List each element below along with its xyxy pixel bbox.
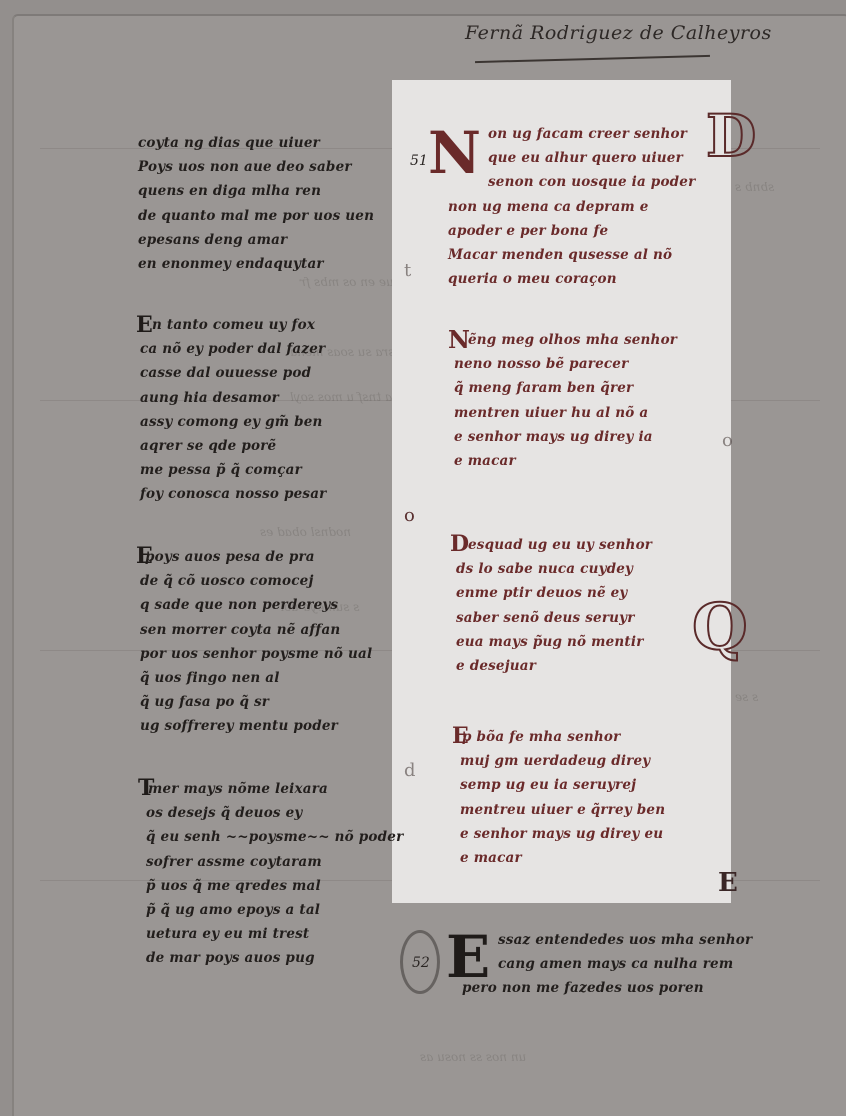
right-stanza-4: p bõa fe mha senhor muj gm uerdadeug dir… bbox=[462, 725, 665, 870]
verse-line: e senhor mays ug direy ia bbox=[454, 425, 677, 449]
verse-line: muj gm uerdadeug direy bbox=[460, 749, 665, 773]
poem-number: 51 bbox=[410, 153, 428, 169]
verse-line: epesans deng amar bbox=[138, 228, 374, 252]
verse-line: eua mays p̃ug nõ mentir bbox=[456, 630, 652, 654]
verse-line: mentren uiuer hu al nõ a bbox=[454, 401, 677, 425]
verse-line: de quanto mal me por uos uen bbox=[138, 204, 374, 228]
decorated-initial: N bbox=[428, 124, 481, 182]
verse-line: queria o meu coraçon bbox=[448, 267, 695, 291]
verse-line: poys auos pesa de pra bbox=[145, 545, 372, 569]
verse-line: n tanto comeu uy fox bbox=[152, 313, 326, 337]
verse-line: enme ptir deuos nẽ ey bbox=[456, 581, 652, 605]
verse-line: os desejs q̃ deuos ey bbox=[146, 801, 403, 825]
verse-line: que eu alhur quero uiuer bbox=[488, 146, 695, 170]
verse-line: por uos senhor poysme nõ ual bbox=[140, 642, 372, 666]
outline-circle-mark bbox=[400, 930, 440, 994]
outline-initial: E bbox=[718, 868, 738, 898]
show-through-text: s se bbox=[735, 690, 758, 704]
verse-line: neno nosso bẽ parecer bbox=[454, 352, 677, 376]
verse-line: ssaz entendedes uos mha senhor bbox=[498, 928, 752, 952]
margin-guide-letter: o bbox=[722, 430, 733, 451]
verse-line: p̃ uos q̃ me qredes mal bbox=[146, 874, 403, 898]
verse-line: pero non me fazedes uos poren bbox=[462, 976, 752, 1000]
verse-line: ds lo sabe nuca cuydey bbox=[456, 557, 652, 581]
show-through-text: sbnb s bbox=[735, 180, 774, 194]
verse-line: foy conosca nosso pesar bbox=[140, 482, 326, 506]
verse-line: q̃ eu senh ~~poysme~~ nõ poder bbox=[146, 825, 403, 849]
verse-line: semp ug eu ia seruyrej bbox=[460, 773, 665, 797]
verse-line: ca nõ ey poder dal fazer bbox=[140, 337, 326, 361]
verse-line: cang amen mays ca nulha rem bbox=[498, 952, 752, 976]
verse-line: e senhor mays ug direy eu bbox=[460, 822, 665, 846]
right-stanza-3: esquad ug eu uy senhor ds lo sabe nuca c… bbox=[468, 533, 652, 678]
verse-line: mentreu uiuer e q̃rrey ben bbox=[460, 798, 665, 822]
verse-line: quens en diga mlha ren bbox=[138, 179, 374, 203]
verse-line: coyta ng dias que uiuer bbox=[138, 131, 374, 155]
right-stanza-2: ẽng meg olhos mha senhor neno nosso bẽ p… bbox=[468, 328, 677, 473]
verse-line: assy comong ey gm̃ ben bbox=[140, 410, 326, 434]
verse-line: q̃ uos fingo nen al bbox=[140, 666, 372, 690]
outline-initial: Q bbox=[692, 590, 748, 665]
left-stanza-2: n tanto comeu uy fox ca nõ ey poder dal … bbox=[152, 313, 326, 507]
left-stanza-3: poys auos pesa de pra de q̃ cõ uosco com… bbox=[145, 545, 372, 739]
left-stanza-1: coyta ng dias que uiuer Poys uos non aue… bbox=[138, 131, 374, 276]
verse-line: p bõa fe mha senhor bbox=[462, 725, 665, 749]
verse-line: senon con uosque ia poder bbox=[488, 170, 695, 194]
verse-line: sofrer assme coytaram bbox=[146, 850, 403, 874]
right-stanza-1: on ug facam creer senhor que eu alhur qu… bbox=[488, 122, 695, 291]
verse-line: aqrer se qde porẽ bbox=[140, 434, 326, 458]
initial-letter: D bbox=[450, 533, 469, 555]
verse-line: e desejuar bbox=[456, 654, 652, 678]
verse-line: e macar bbox=[454, 449, 677, 473]
verse-line: uetura ey eu mi trest bbox=[146, 922, 403, 946]
initial-letter: E bbox=[136, 314, 153, 336]
verse-line: ẽng meg olhos mha senhor bbox=[468, 328, 677, 352]
verse-line: q sade que non perdereys bbox=[140, 593, 372, 617]
bottom-stanza: ssaz entendedes uos mha senhor cang amen… bbox=[498, 928, 752, 1001]
verse-line: Poys uos non aue deo saber bbox=[138, 155, 374, 179]
verse-line: on ug facam creer senhor bbox=[488, 122, 695, 146]
verse-line: esquad ug eu uy senhor bbox=[468, 533, 652, 557]
author-attribution: Fernã Rodriguez de Calheyros bbox=[465, 22, 772, 44]
verse-line: Macar menden qusesse al nõ bbox=[448, 243, 695, 267]
verse-line: apoder e per bona fe bbox=[448, 219, 695, 243]
left-stanza-4: mer mays nõme leixara os desejs q̃ deuos… bbox=[148, 777, 403, 971]
verse-line: q̃ ug fasa po q̃ sr bbox=[140, 690, 372, 714]
margin-guide-letter: d bbox=[404, 760, 416, 781]
verse-line: en enonmey endaquytar bbox=[138, 252, 374, 276]
verse-line: de mar poys auos pug bbox=[146, 946, 403, 970]
verse-line: ug soffrerey mentu poder bbox=[140, 714, 372, 738]
verse-line: sen morrer coyta nẽ affan bbox=[140, 618, 372, 642]
verse-line: de q̃ cõ uosco comocej bbox=[140, 569, 372, 593]
verse-line: aung hia desamor bbox=[140, 386, 326, 410]
verse-line: p̃ q̃ ug amo epoys a tal bbox=[146, 898, 403, 922]
initial-letter: N bbox=[448, 328, 470, 352]
show-through-text: nodnsl obad es bbox=[260, 525, 351, 539]
outline-initial: D bbox=[706, 102, 756, 170]
verse-line: casse dal ouuesse pod bbox=[140, 361, 326, 385]
verse-line: non ug mena ca depram e bbox=[448, 195, 695, 219]
margin-guide-letter: t bbox=[404, 260, 411, 281]
verse-line: q̃ meng faram ben q̃rer bbox=[454, 376, 677, 400]
verse-line: mer mays nõme leixara bbox=[148, 777, 403, 801]
margin-guide-letter: o bbox=[404, 505, 415, 526]
verse-line: me pessa p̃ q̃ comçar bbox=[140, 458, 326, 482]
verse-line: e macar bbox=[460, 846, 665, 870]
show-through-text: un nos ss nosu as bbox=[420, 1050, 526, 1064]
verse-line: saber senõ deus seruyr bbox=[456, 606, 652, 630]
